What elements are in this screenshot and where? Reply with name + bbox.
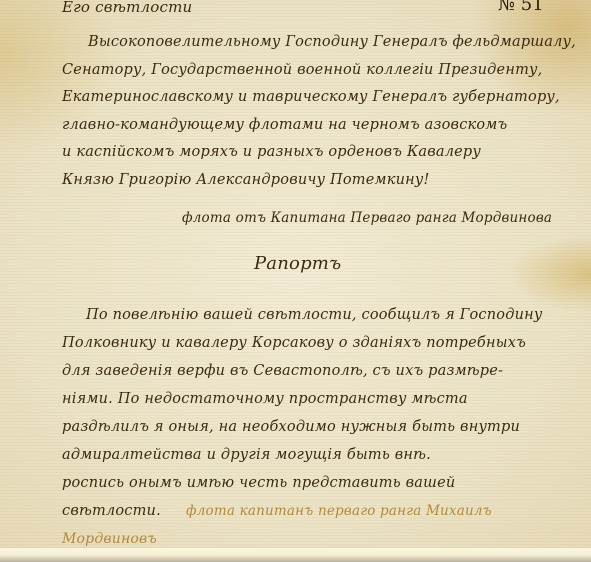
closing-line: свѣтлости. <box>62 503 161 519</box>
page-bottom-edge <box>0 548 591 562</box>
folio-number: № 51 <box>498 0 544 15</box>
address-line: Екатеринославскому и таврическому Генера… <box>62 89 560 105</box>
body-line: адмиралтейства и другія могущія быть внѣ… <box>62 447 431 463</box>
salutation: Его свѣтлости <box>62 0 192 16</box>
body-line: ніями. По недостаточному пространству мѣ… <box>62 391 468 407</box>
address-line: Сенатору, Государственной военной коллег… <box>62 62 542 78</box>
manuscript-page: № 51 Его свѣтлости Высокоповелительному … <box>0 0 591 548</box>
address-line: Высокоповелительному Господину Генералъ … <box>88 34 576 50</box>
sender-line: флота отъ Капитана Перваго ранга Мордвин… <box>182 210 552 226</box>
body-line: для заведенія верфи въ Севастополѣ, съ и… <box>62 363 503 379</box>
closing-signature-line: флота капитанъ перваго ранга Михаилъ <box>186 503 492 519</box>
body-line: раздѣлилъ я оныя, на необходимо нужныя б… <box>62 419 520 435</box>
address-line: Князю Григорію Александровичу Потемкину! <box>62 172 430 188</box>
document-heading: Рапортъ <box>254 253 341 274</box>
body-line: роспись онымъ имѣю честь представить ваш… <box>62 475 455 491</box>
body-line: По повелѣнію вашей свѣтлости, сообщилъ я… <box>86 307 543 323</box>
address-line: главно-командующему флотами на черномъ а… <box>62 117 507 133</box>
signature: Мордвиновъ <box>62 531 157 547</box>
address-line: и каспійскомъ моряхъ и разныхъ орденовъ … <box>62 144 481 160</box>
body-line: Полковнику и кавалеру Корсакову о зданія… <box>62 335 526 351</box>
